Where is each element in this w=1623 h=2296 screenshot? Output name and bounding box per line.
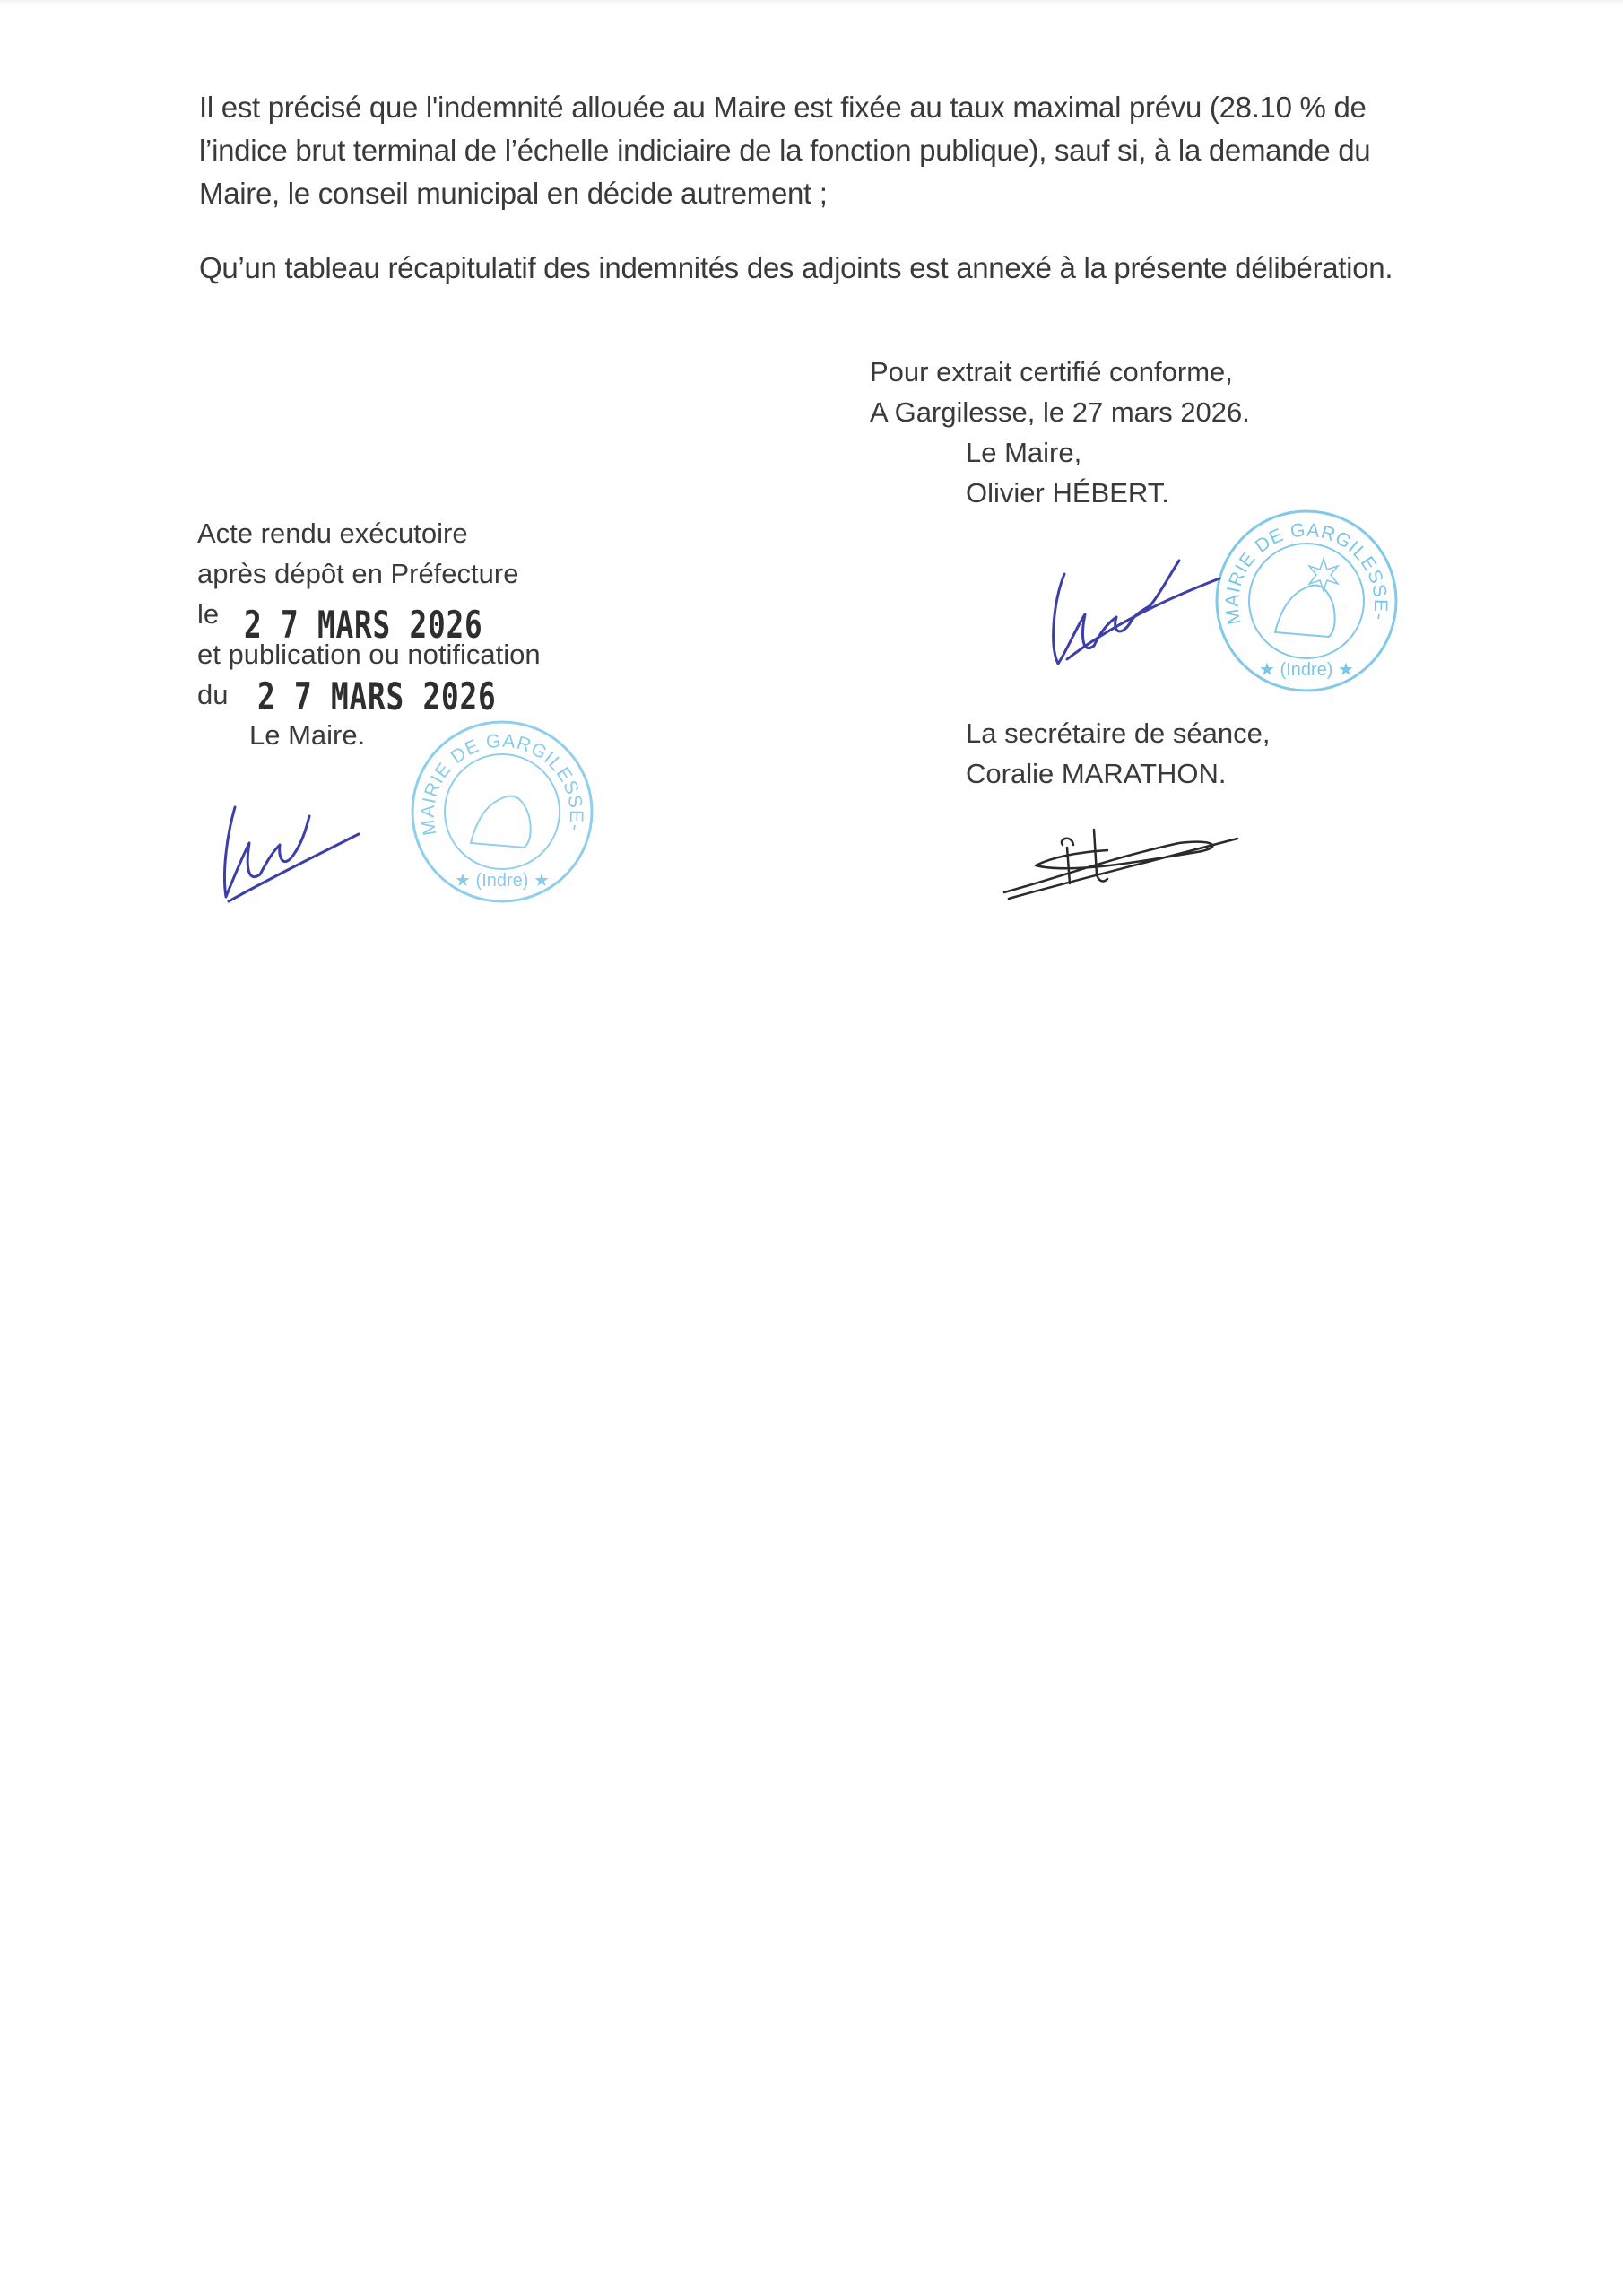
certification-line-1: Pour extrait certifié conforme,	[870, 354, 1233, 390]
mayor-signature-icon	[1045, 529, 1224, 686]
executory-le-label: le	[197, 596, 219, 632]
executory-signer: Le Maire.	[249, 717, 365, 753]
certification-role: Le Maire,	[966, 435, 1081, 471]
executory-line-2: après dépôt en Préfecture	[197, 556, 518, 592]
executory-line-1: Acte rendu exécutoire	[197, 516, 468, 552]
secretary-signature-icon	[1000, 825, 1242, 906]
svg-text:★ (Indre) ★: ★ (Indre) ★	[455, 871, 550, 891]
scan-edge	[0, 0, 1623, 5]
secretary-name: Coralie MARATHON.	[966, 756, 1227, 792]
publication-date-stamp: 2 7 MARS 2026	[257, 674, 497, 718]
executory-du-label: du	[197, 677, 228, 713]
paragraph-line: Il est précisé que l'indemnité allouée a…	[199, 86, 1436, 129]
paragraph-mayor-indemnity: Il est précisé que l'indemnité allouée a…	[199, 86, 1436, 215]
secretary-role: La secrétaire de séance,	[966, 716, 1271, 752]
certification-name: Olivier HÉBERT.	[966, 475, 1169, 511]
paragraph-line: l’indice brut terminal de l’échelle indi…	[199, 129, 1436, 172]
paragraph-annex: Qu’un tableau récapitulatif des indemnit…	[199, 247, 1436, 290]
paragraph-line: Maire, le conseil municipal en décide au…	[199, 172, 1436, 215]
municipal-seal-icon: MAIRIE DE GARGILESSE-DAMPIERRE ★ (Indre)…	[408, 717, 596, 906]
executory-line-3: et publication ou notification	[197, 637, 541, 673]
svg-text:★ (Indre) ★: ★ (Indre) ★	[1259, 660, 1354, 680]
municipal-seal-icon: MAIRIE DE GARGILESSE-DAMPIERRE ★ (Indre)…	[1212, 507, 1401, 695]
mayor-signature-icon	[215, 789, 368, 915]
certification-place-date: A Gargilesse, le 27 mars 2026.	[870, 395, 1250, 430]
